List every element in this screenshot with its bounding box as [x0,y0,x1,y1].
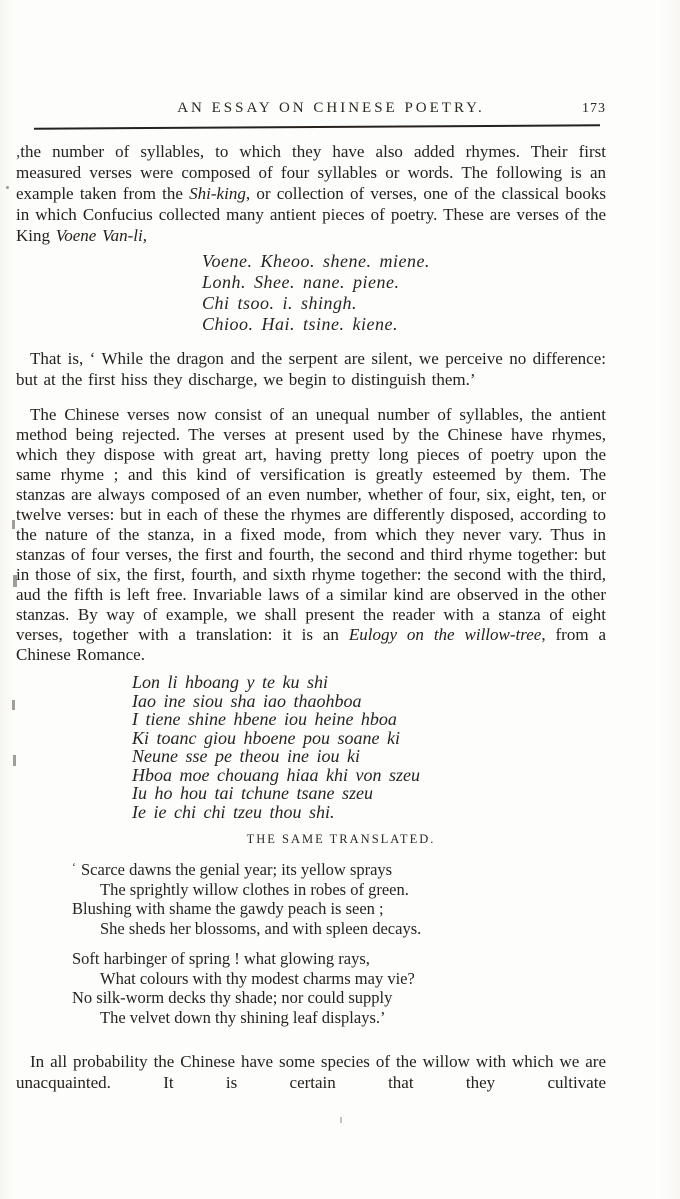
paragraph-translation-note: That is, ‘ While the dragon and the serp… [16,348,606,390]
paragraph-intro: ,the number of syllables, to which they … [16,141,606,246]
verse-line: Ki toanc giou hboene pou soane ki [132,729,606,748]
scan-artifact [12,700,15,710]
verse-line: Iao ine siou sha iao thaohboa [132,692,606,711]
willow-tree-stanza: Lon li hboang y te ku shi Iao ine siou s… [132,673,606,821]
poem-line: No silk-worm decks thy shade; nor could … [72,988,606,1008]
verse-line: Chioo. Hai. tsine. kiene. [202,314,606,335]
verse-line: I tiene shine hbene iou heine hboa [132,710,606,729]
scan-artifact [6,186,9,189]
title-shi-king: Shi-king [189,184,246,203]
main-text-1: The Chinese verses now consist of an une… [16,405,606,644]
verse-line: Ie ie chi chi tzeu thou shi. [132,803,606,822]
header-rule [34,124,600,129]
running-title: AN ESSAY ON CHINESE POETRY. [126,100,536,117]
translated-stanza-2: Soft harbinger of spring ! what glowing … [72,949,606,1027]
translated-heading: THE SAME TRANSLATED. [76,832,606,847]
poem-line: The velvet down thy shining leaf display… [100,1008,606,1028]
poem-line: The sprightly willow clothes in robes of… [100,880,606,900]
poem-line: She sheds her blossoms, and with spleen … [100,919,606,939]
scan-artifact [340,1117,342,1123]
poem-line: Soft harbinger of spring ! what glowing … [72,949,606,969]
king-name: Voene Van-li, [56,226,147,245]
page-number: 173 [536,101,606,117]
verse-line: Hboa moe chouang hiaa khi von szeu [132,766,606,785]
poem-line: Blushing with shame the gawdy peach is s… [72,899,606,919]
opening-quote-mark: ‘ [72,860,76,874]
poem-line: What colours with thy modest charms may … [100,969,606,989]
running-header: AN ESSAY ON CHINESE POETRY. 173 [16,100,606,117]
scan-artifact [12,520,15,529]
paragraph-main: The Chinese verses now consist of an une… [16,405,606,665]
translated-stanza-1: ‘Scarce dawns the genial year; its yello… [72,858,606,938]
page-content: AN ESSAY ON CHINESE POETRY. 173 ,the num… [16,100,606,1093]
poem-line: ‘Scarce dawns the genial year; its yello… [72,858,606,880]
verse-line: Lonh. Shee. nane. piene. [202,272,606,293]
paragraph-closing: In all probability the Chinese have some… [16,1051,606,1093]
verse-line: Lon li hboang y te ku shi [132,673,606,692]
verse-line: Neune sse pe theou ine iou ki [132,747,606,766]
verse-line: Voene. Kheoo. shene. miene. [202,251,606,272]
shi-king-stanza: Voene. Kheoo. shene. miene. Lonh. Shee. … [202,251,606,335]
verse-line: Chi tsoo. i. shingh. [202,293,606,314]
book-page-scan: AN ESSAY ON CHINESE POETRY. 173 ,the num… [0,0,680,1199]
poem-line-text: Scarce dawns the genial year; its yellow… [81,860,392,879]
verse-line: Iu ho hou tai tchune tsane szeu [132,784,606,803]
eulogy-title: Eulogy on the willow-tree [349,625,541,644]
